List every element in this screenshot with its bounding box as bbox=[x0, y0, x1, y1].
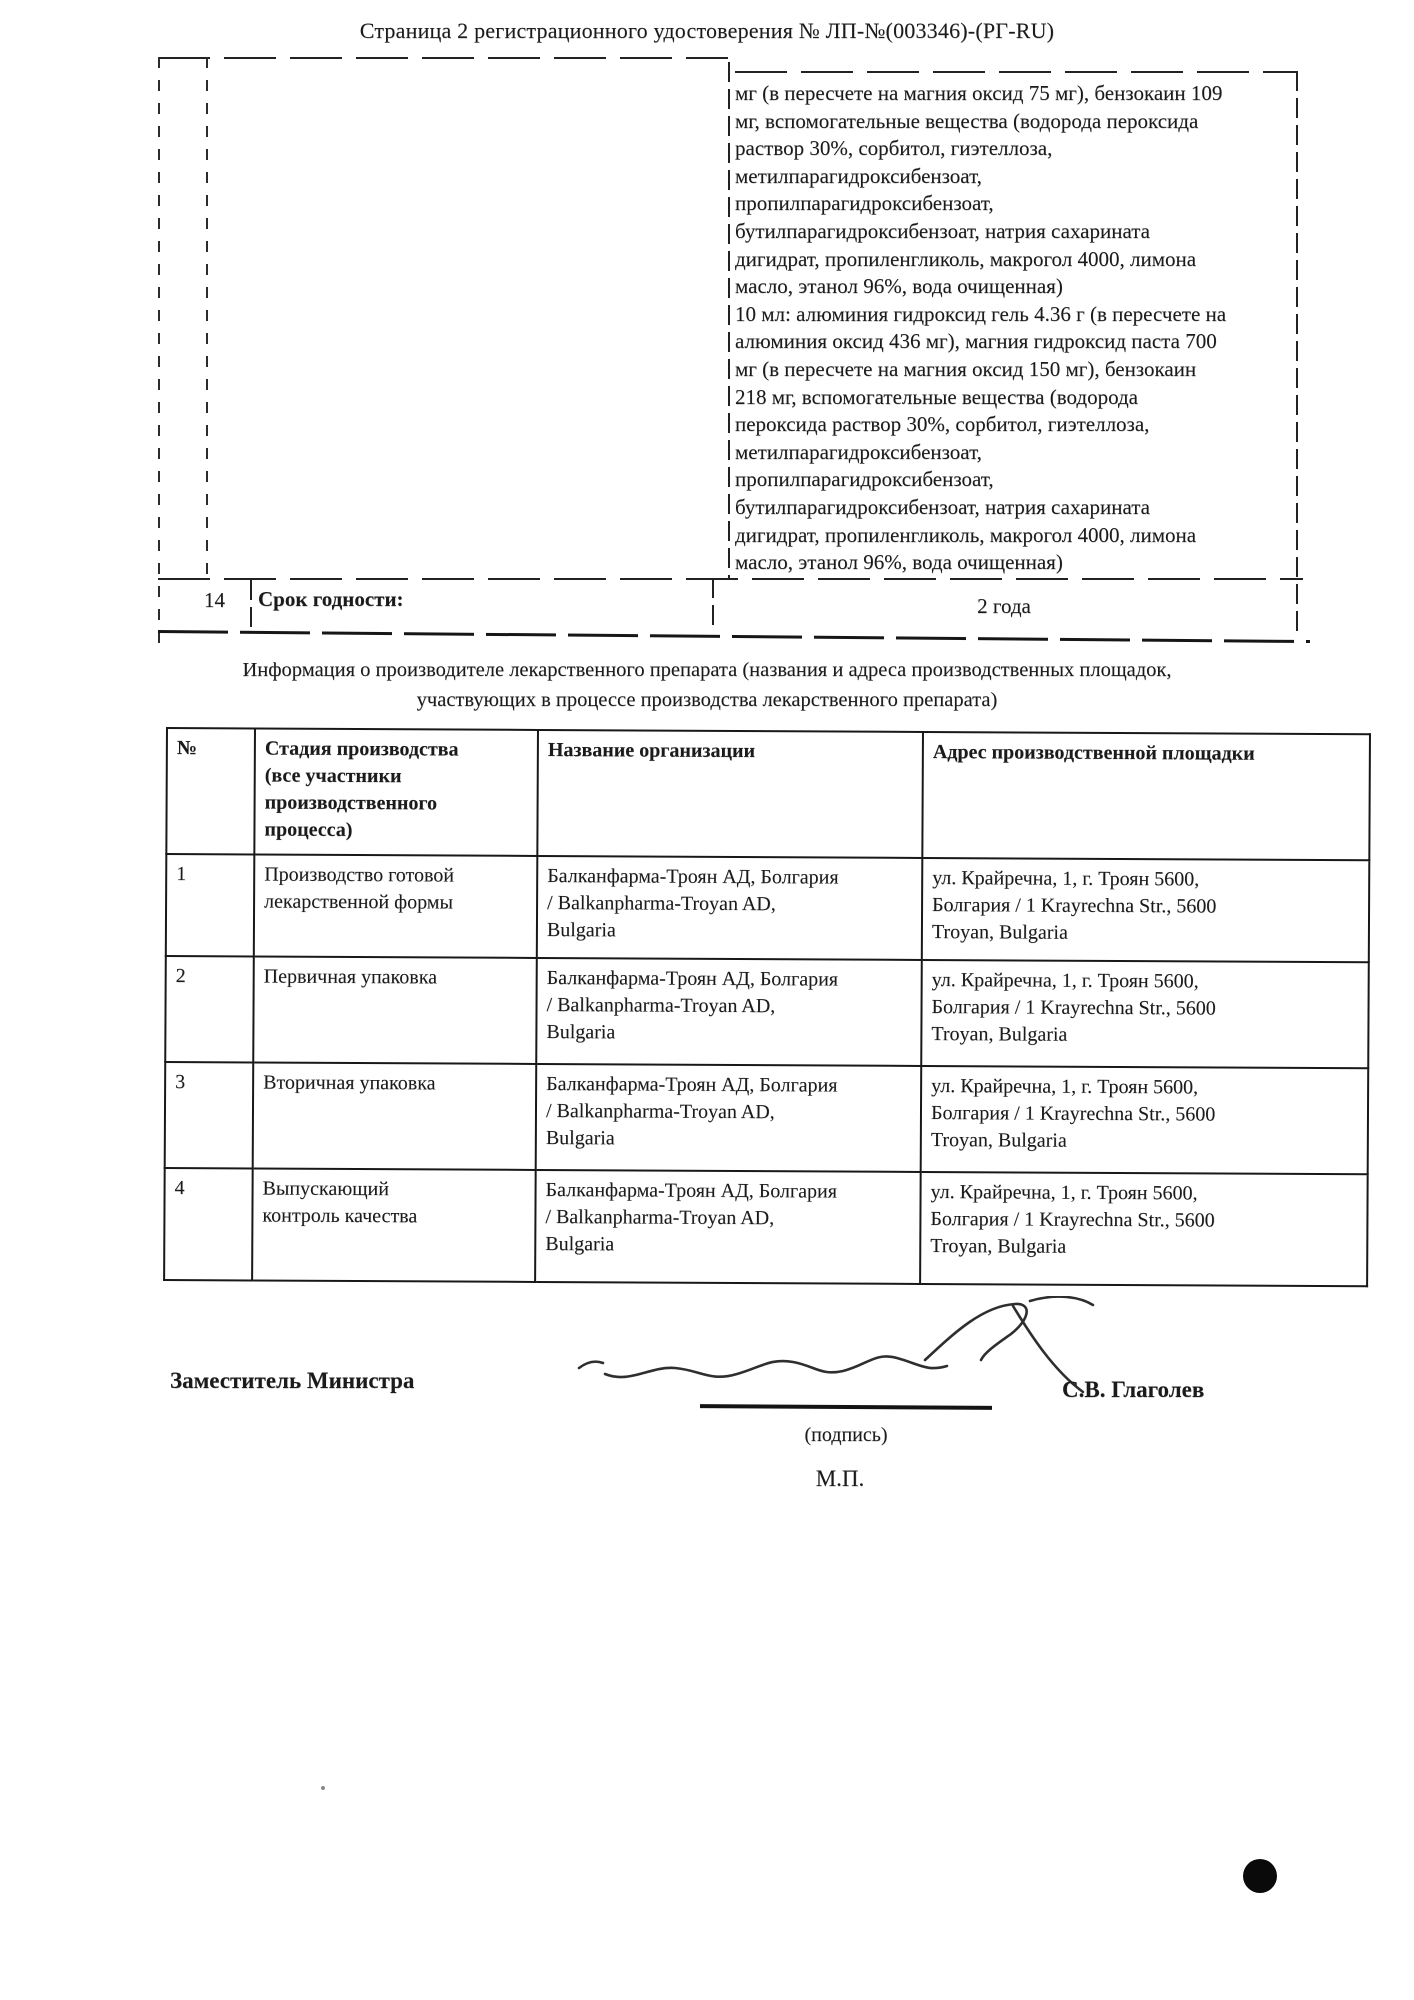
table-border-line bbox=[158, 57, 160, 645]
column-header-number: № bbox=[166, 728, 255, 854]
page-title: Страница 2 регистрационного удостоверени… bbox=[0, 18, 1414, 44]
table-border-line bbox=[158, 630, 1310, 643]
row-organization: Балканфарма-Троян АД, Болгария / Balkanp… bbox=[536, 958, 922, 1066]
column-header-organization: Название организации bbox=[537, 730, 923, 858]
row-organization: Балканфарма-Троян АД, Болгария / Balkanp… bbox=[536, 1064, 922, 1172]
row-organization: Балканфарма-Троян АД, Болгария / Balkanp… bbox=[537, 856, 923, 960]
punch-hole-dot bbox=[1243, 1859, 1277, 1893]
table-border-line bbox=[1296, 71, 1298, 637]
row-number: 2 bbox=[165, 956, 254, 1062]
shelf-life-label: Срок годности: bbox=[258, 587, 404, 612]
table-border-line bbox=[728, 62, 730, 578]
signer-title: Заместитель Министра bbox=[170, 1368, 414, 1394]
table-border-line bbox=[735, 71, 1298, 73]
row-stage: Выпускающий контроль качества bbox=[252, 1168, 536, 1281]
row-address: ул. Крайречна, 1, г. Троян 5600, Болгари… bbox=[922, 858, 1370, 962]
composition-continuation-text: мг (в пересчете на магния оксид 75 мг), … bbox=[735, 80, 1295, 577]
row-stage: Первичная упаковка bbox=[253, 956, 537, 1063]
row-number: 1 bbox=[166, 854, 255, 956]
column-header-stage: Стадия производства (все участники произ… bbox=[254, 728, 538, 855]
row-address: ул. Крайречна, 1, г. Троян 5600, Болгари… bbox=[921, 1066, 1369, 1174]
row-address: ул. Крайречна, 1, г. Троян 5600, Болгари… bbox=[921, 960, 1369, 1068]
manufacturer-table-header-row: № Стадия производства (все участники про… bbox=[166, 728, 1370, 860]
scanned-document-page: Страница 2 регистрационного удостоверени… bbox=[0, 0, 1414, 2000]
table-border-line bbox=[206, 57, 208, 585]
row-number: 3 bbox=[165, 1062, 254, 1168]
signature-line bbox=[700, 1404, 992, 1410]
shelf-life-value: 2 года bbox=[712, 594, 1296, 619]
scan-speck bbox=[321, 1786, 325, 1790]
signature-caption: (подпись) bbox=[700, 1424, 992, 1447]
table-row: 4 Выпускающий контроль качества Балканфа… bbox=[164, 1168, 1368, 1286]
shelf-life-row-number: 14 bbox=[204, 588, 225, 613]
table-row: 2 Первичная упаковка Балканфарма-Троян А… bbox=[165, 956, 1369, 1068]
row-stage: Вторичная упаковка bbox=[253, 1062, 537, 1169]
row-stage: Производство готовой лекарственной формы bbox=[254, 854, 538, 957]
handwritten-signature bbox=[575, 1296, 1095, 1402]
row-organization: Балканфарма-Троян АД, Болгария / Balkanp… bbox=[535, 1170, 921, 1284]
row-address: ул. Крайречна, 1, г. Троян 5600, Болгари… bbox=[920, 1172, 1368, 1286]
table-row: 1 Производство готовой лекарственной фор… bbox=[166, 854, 1370, 962]
signer-name: С.В. Глаголев bbox=[1062, 1377, 1204, 1403]
table-border-line bbox=[158, 578, 1303, 580]
table-border-line bbox=[250, 580, 252, 632]
table-border-line bbox=[158, 57, 728, 59]
producer-info-paragraph: Информация о производителе лекарственног… bbox=[122, 655, 1292, 715]
seal-placeholder-label: М.П. bbox=[760, 1466, 920, 1492]
row-number: 4 bbox=[164, 1168, 253, 1280]
table-row: 3 Вторичная упаковка Балканфарма-Троян А… bbox=[165, 1062, 1369, 1174]
column-header-address: Адрес производственной площадки bbox=[922, 732, 1370, 860]
manufacturer-table: № Стадия производства (все участники про… bbox=[163, 727, 1371, 1287]
